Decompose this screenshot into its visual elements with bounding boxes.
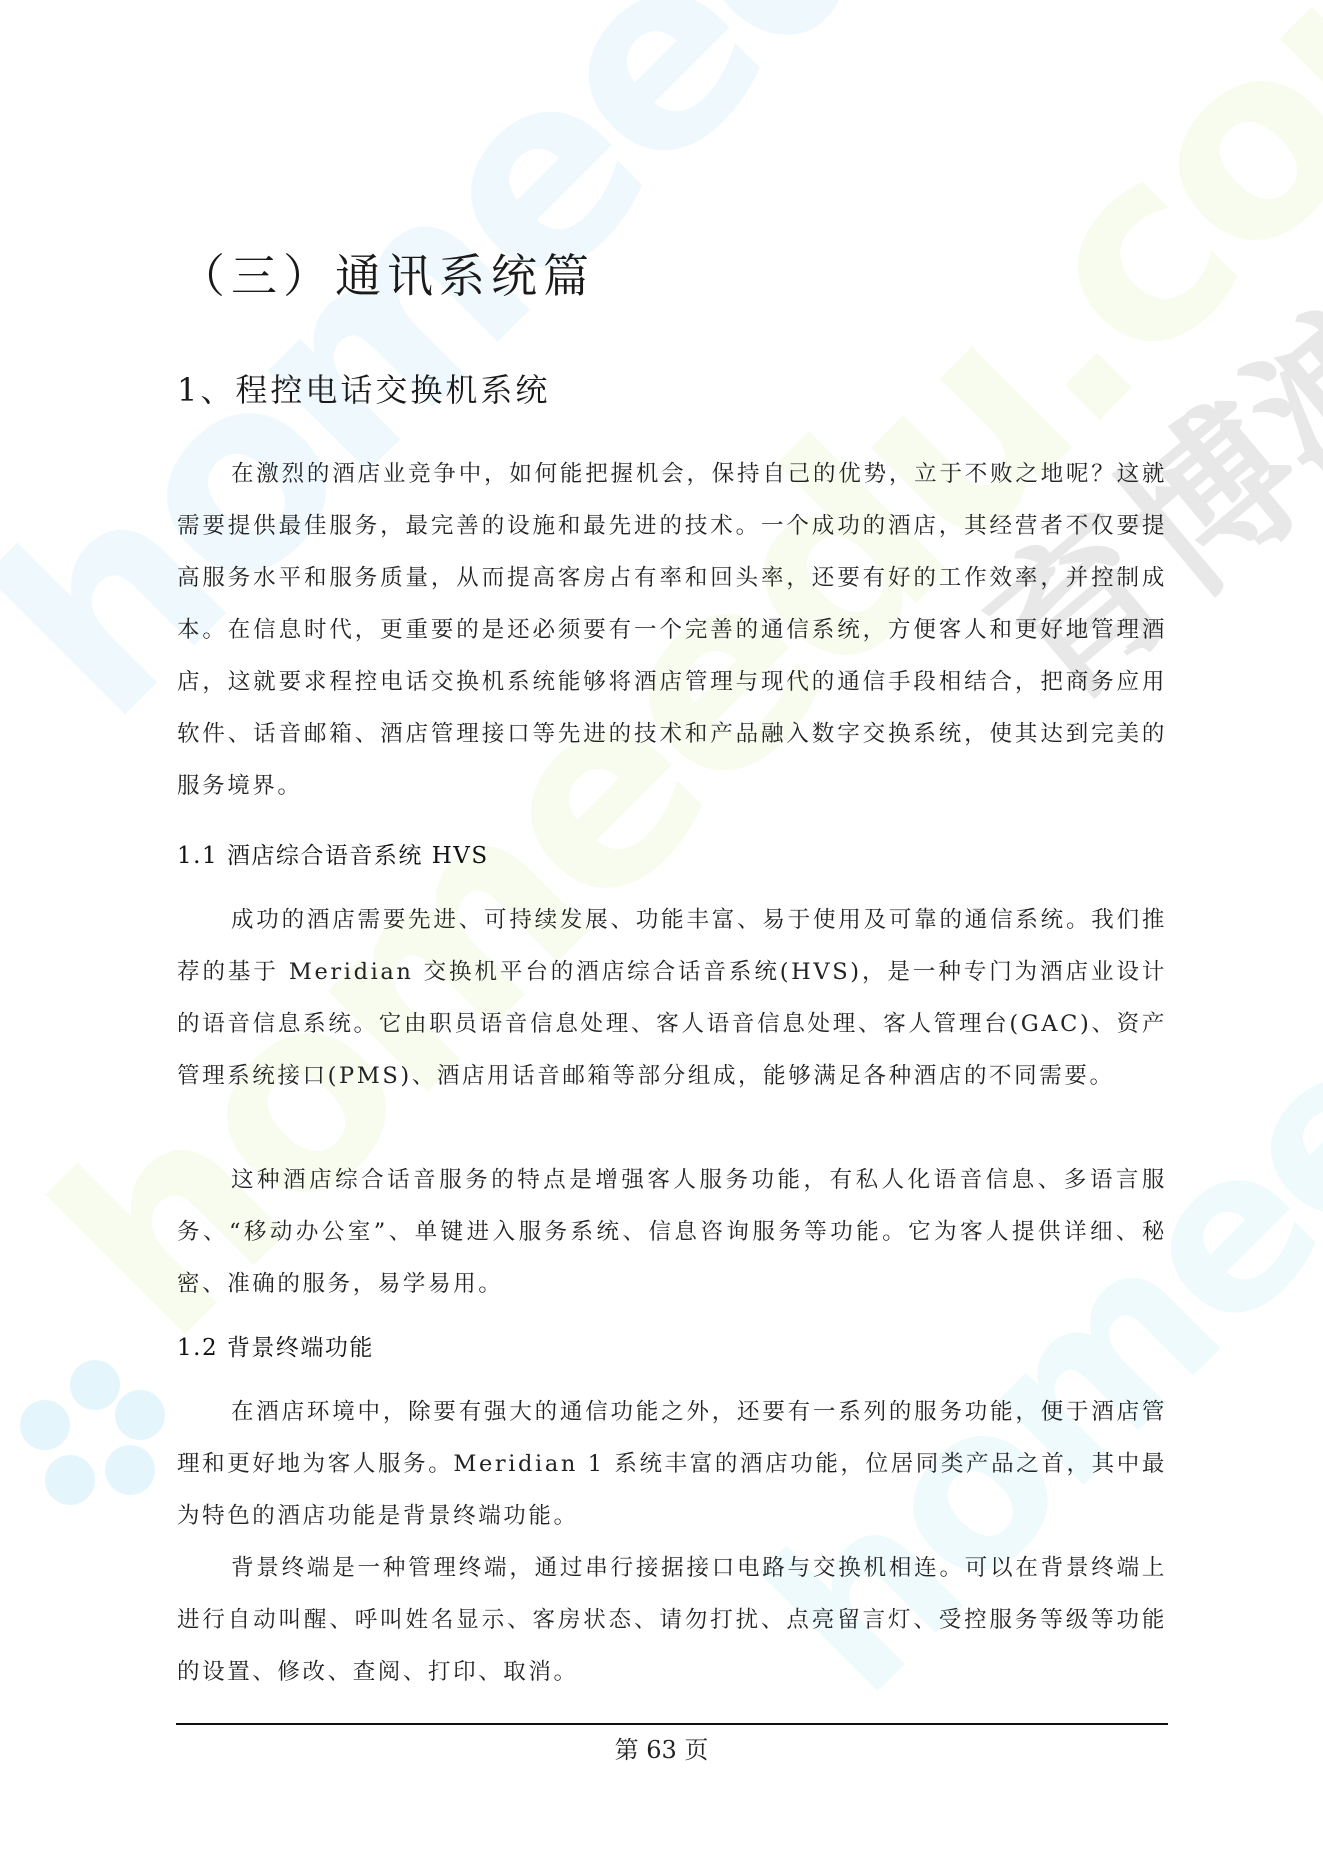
watermark-flower-icon xyxy=(20,1360,170,1510)
footer-divider xyxy=(176,1723,1168,1725)
page-number: 第 63 页 xyxy=(0,1730,1323,1765)
subsection-title-hvs: 1.1 酒店综合语音系统 HVS xyxy=(177,837,489,870)
terminal-paragraph-2: 背景终端是一种管理终端，通过串行接据接口电路与交换机相连。可以在背景终端上进行自… xyxy=(177,1542,1167,1698)
chapter-title: （三）通讯系统篇 xyxy=(179,240,595,306)
hvs-paragraph-1: 成功的酒店需要先进、可持续发展、功能丰富、易于使用及可靠的通信系统。我们推荐的基… xyxy=(177,894,1167,1102)
hvs-paragraph-2: 这种酒店综合话音服务的特点是增强客人服务功能，有私人化语音信息、多语言服务、“移… xyxy=(177,1154,1167,1310)
terminal-paragraph-1: 在酒店环境中，除要有强大的通信功能之外，还要有一系列的服务功能，便于酒店管理和更… xyxy=(177,1386,1167,1542)
intro-paragraph: 在激烈的酒店业竞争中，如何能把握机会，保持自己的优势，立于不败之地呢？这就需要提… xyxy=(177,448,1167,812)
document-page: homeedu.com homeedu.com homeedu.com 育博渡 … xyxy=(0,0,1323,1872)
section-title: 1、程控电话交换机系统 xyxy=(177,365,550,411)
subsection-title-background-terminal: 1.2 背景终端功能 xyxy=(177,1329,374,1362)
